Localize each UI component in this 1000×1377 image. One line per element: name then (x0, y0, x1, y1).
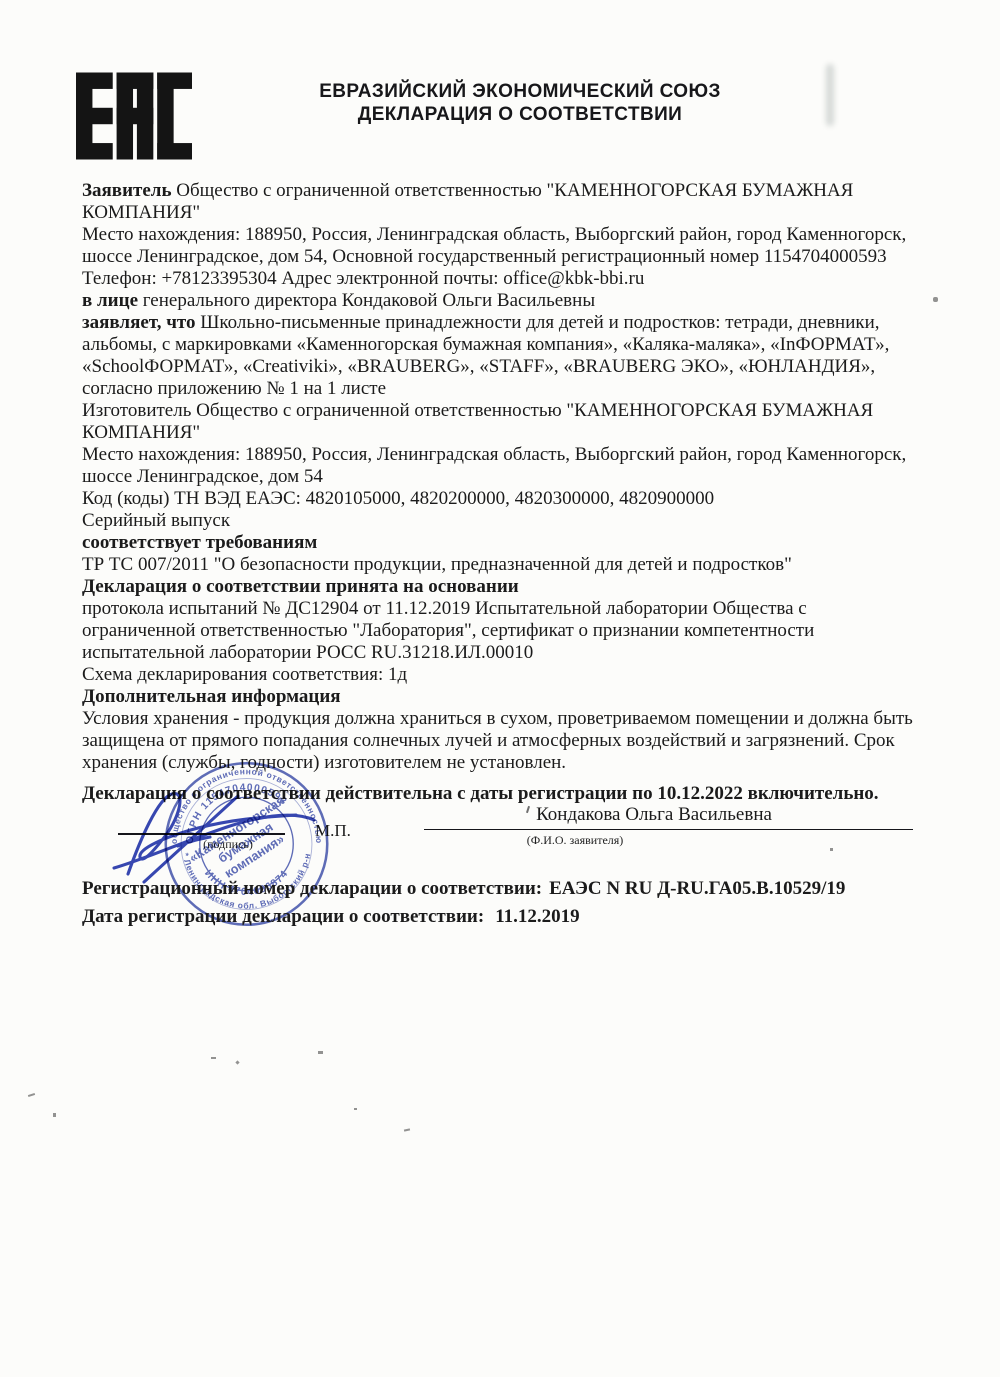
scan-speck (933, 297, 938, 302)
scan-streak-artifact (826, 64, 834, 126)
eac-mark-icon (76, 72, 192, 160)
document-title: ЕВРАЗИЙСКИЙ ЭКОНОМИЧЕСКИЙ СОЮЗ ДЕКЛАРАЦИ… (200, 80, 840, 126)
registration-number-label: Регистрационный номер декларации о соотв… (82, 878, 542, 899)
scan-speck (404, 1128, 410, 1131)
paragraph-manufacturer: Изготовитель Общество с ограниченной отв… (82, 400, 922, 444)
heading-declaration-basis: Декларация о соответствии принята на осн… (82, 576, 922, 598)
paragraph-represented-by: в лице генерального директора Кондаковой… (82, 290, 922, 312)
registration-date-value: 11.12.2019 (495, 906, 579, 927)
scan-speck (235, 1060, 239, 1064)
title-doctype-line: ДЕКЛАРАЦИЯ О СООТВЕТСТВИИ (200, 103, 840, 126)
registration-date-line: Дата регистрации декларации о соответств… (82, 905, 580, 929)
heading-additional-info: Дополнительная информация (82, 686, 922, 708)
scan-speck (354, 1108, 357, 1110)
paragraph-serial-production: Серийный выпуск (82, 510, 922, 532)
scan-speck (318, 1051, 323, 1054)
paragraph-declares-product: заявляет, что Школьно-письменные принадл… (82, 312, 922, 400)
paragraph-technical-regulation: ТР ТС 007/2011 "О безопасности продукции… (82, 554, 922, 576)
paragraph-manufacturer-address: Место нахождения: 188950, Россия, Ленинг… (82, 444, 922, 488)
registration-number-line: Регистрационный номер декларации о соотв… (82, 877, 845, 901)
paragraph-tnved-codes: Код (коды) ТН ВЭД ЕАЭС: 4820105000, 4820… (82, 488, 922, 510)
registration-date-label: Дата регистрации декларации о соответств… (82, 906, 484, 927)
registration-number-value: ЕАЭС N RU Д-RU.ГА05.В.10529/19 (549, 878, 845, 899)
paragraph-declaration-scheme: Схема декларирования соответствия: 1д (82, 664, 922, 686)
paragraph-test-protocol: протокола испытаний № ДС12904 от 11.12.2… (82, 598, 922, 664)
paragraph-applicant: Заявитель Общество с ограниченной ответс… (82, 180, 922, 224)
scan-speck (211, 1057, 216, 1059)
scan-speck (830, 848, 833, 851)
applicant-name: Кондакова Ольга Васильевна (424, 804, 884, 826)
declaration-document-page: ЕВРАЗИЙСКИЙ ЭКОНОМИЧЕСКИЙ СОЮЗ ДЕКЛАРАЦИ… (0, 0, 1000, 1377)
scan-speck (28, 1093, 35, 1097)
title-union-line: ЕВРАЗИЙСКИЙ ЭКОНОМИЧЕСКИЙ СОЮЗ (200, 80, 840, 103)
heading-meets-requirements: соответствует требованиям (82, 532, 922, 554)
applicant-name-line (424, 829, 913, 830)
paragraph-applicant-contacts: Телефон: +78123395304 Адрес электронной … (82, 268, 922, 290)
applicant-name-caption: (Ф.И.О. заявителя) (505, 833, 645, 848)
paragraph-applicant-address: Место нахождения: 188950, Россия, Ленинг… (82, 224, 922, 268)
declaration-body: Заявитель Общество с ограниченной ответс… (82, 180, 922, 805)
scan-speck (53, 1113, 56, 1117)
